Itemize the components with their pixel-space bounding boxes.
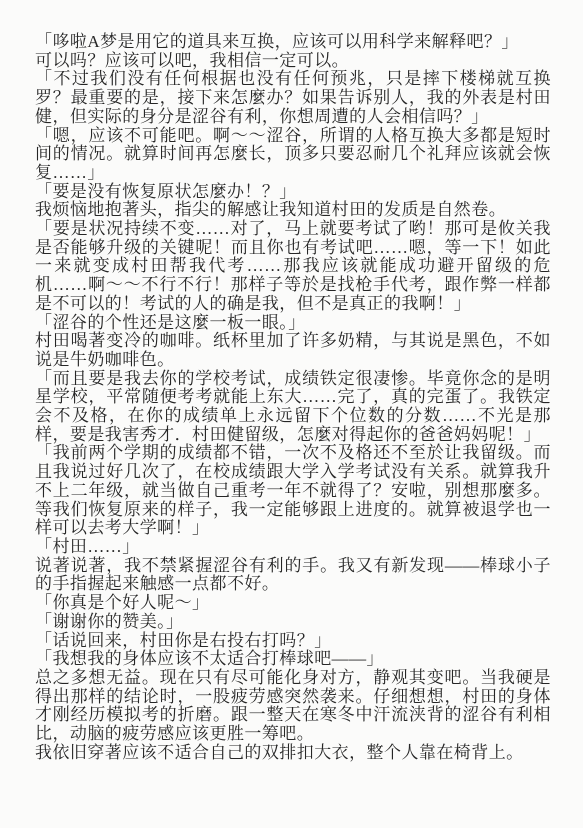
paragraph: 「谢谢你的赞美。」 bbox=[35, 613, 551, 632]
novel-text-block: 「哆啦A梦是用它的道具来互换，应该可以用科学来解释吧？」 可以吗？应该可以吧，我… bbox=[35, 33, 551, 762]
paragraph: 「要是状况持续不变……对了，马上就要考试了哟！那可是攸关我是否能够升级的关键呢！… bbox=[35, 220, 551, 314]
paragraph: 「村田……」 bbox=[35, 538, 551, 557]
paragraph: 「不过我们没有任何根据也没有任何预兆，只是摔下楼梯就互换罗？最重要的是，接下来怎… bbox=[35, 70, 551, 126]
paragraph: 总之多想无益。现在只有尽可能化身对方，静观其变吧。当我硬是得出那样的结论时，一股… bbox=[35, 669, 551, 744]
paragraph: 「要是没有恢复原状怎麼办！？」 bbox=[35, 183, 551, 202]
paragraph: 「涩谷的个性还是这麼一板一眼。」 bbox=[35, 314, 551, 333]
paragraph: 我依旧穿著应该不适合自己的双排扣大衣，整个人靠在椅背上。 bbox=[35, 744, 551, 763]
paragraph: 「我前两个学期的成绩都不错，一次不及格还不至於让我留级。而且我说过好几次了，在校… bbox=[35, 444, 551, 538]
paragraph: 村田喝著变冷的咖啡。纸杯里加了许多奶精，与其说是黑色，不如说是牛奶咖啡色。 bbox=[35, 332, 551, 369]
paragraph: 「我想我的身体应该不太适合打棒球吧——」 bbox=[35, 650, 551, 669]
paragraph: 「而且要是我去你的学校考试，成绩铁定很凄惨。毕竟你念的是明星学校，平常随便考考就… bbox=[35, 370, 551, 445]
paragraph: 「你真是个好人呢～」 bbox=[35, 594, 551, 613]
paragraph: 「嗯，应该不可能吧。啊～～涩谷，所谓的人格互换大多都是短时间的情况。就算时间再怎… bbox=[35, 127, 551, 183]
paragraph: 「话说回来，村田你是右投右打吗？」 bbox=[35, 632, 551, 651]
paragraph: 可以吗？应该可以吧，我相信一定可以。 bbox=[35, 52, 551, 71]
paragraph: 「哆啦A梦是用它的道具来互换，应该可以用科学来解释吧？」 bbox=[35, 33, 551, 52]
paragraph: 说著说著，我不禁紧握涩谷有利的手。我又有新发现——棒球小子的手指握起来触感一点都… bbox=[35, 557, 551, 594]
scanned-book-page: 「哆啦A梦是用它的道具来互换，应该可以用科学来解释吧？」 可以吗？应该可以吧，我… bbox=[0, 0, 583, 828]
paragraph: 我烦恼地抱著头，指尖的解感让我知道村田的发质是自然卷。 bbox=[35, 201, 551, 220]
